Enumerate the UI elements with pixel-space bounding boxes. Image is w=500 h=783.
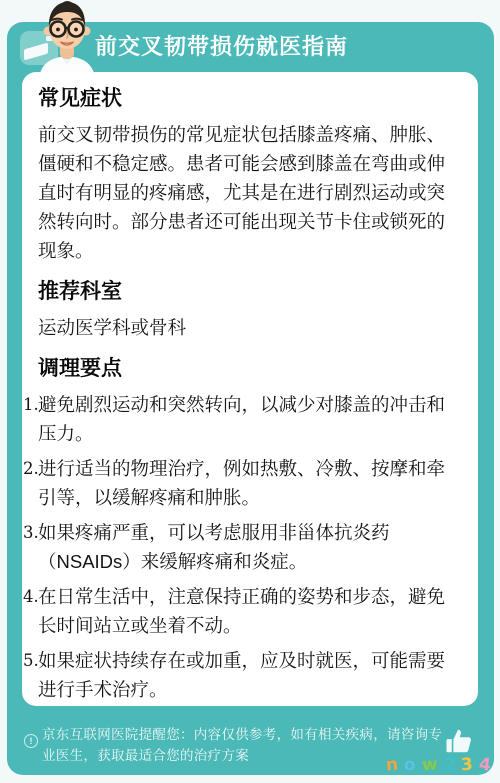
watermark-letter: w (421, 755, 438, 776)
watermark-letter: o (404, 755, 417, 776)
list-item: 如果疼痛严重，可以考虑服用非甾体抗炎药（NSAIDs）来缓解疼痛和炎症。 (38, 518, 462, 576)
watermark-letter: 3 (461, 755, 474, 776)
list-item: 在日常生活中，注意保持正确的姿势和步态，避免长时间站立或坐着不动。 (38, 582, 462, 640)
section-heading-care-points: 调理要点 (38, 356, 462, 381)
watermark-letter: 4 (478, 754, 492, 775)
list-item: 如果症状持续存在或加重，应及时就医，可能需要进行手术治疗。 (38, 646, 462, 704)
page-title: 前交叉韧带损伤就医指南 (95, 32, 348, 62)
symptoms-paragraph: 前交叉韧带损伤的常见症状包括膝盖疼痛、肿胀、僵硬和不稳定感。患者可能会感到膝盖在… (38, 120, 462, 265)
guide-card: 前交叉韧带损伤就医指南 (7, 22, 494, 775)
guide-content-card: 常见症状 前交叉韧带损伤的常见症状包括膝盖疼痛、肿胀、僵硬和不稳定感。患者可能会… (22, 72, 478, 706)
watermark-letter: n (385, 754, 399, 775)
section-heading-symptoms: 常见症状 (38, 86, 462, 111)
thumbs-up-icon[interactable] (444, 726, 474, 756)
section-heading-department: 推荐科室 (38, 279, 462, 304)
care-points-list: 避免剧烈运动和突然转向，以减少对膝盖的冲击和压力。 进行适当的物理治疗，例如热敷… (38, 390, 462, 704)
list-item: 进行适当的物理治疗，例如热敷、冷敷、按摩和牵引等，以缓解疼痛和肿胀。 (38, 454, 462, 512)
info-circle-icon: ! (24, 734, 38, 748)
doctor-avatar (27, 1, 107, 80)
chat-guide-page: 前交叉韧带损伤就医指南 (0, 0, 500, 783)
list-item: 避免剧烈运动和突然转向，以减少对膝盖的冲击和压力。 (38, 390, 462, 448)
watermark: n o w 2 3 4 (386, 755, 491, 775)
watermark-letter: 2 (443, 755, 457, 776)
department-paragraph: 运动医学科或骨科 (38, 313, 462, 342)
